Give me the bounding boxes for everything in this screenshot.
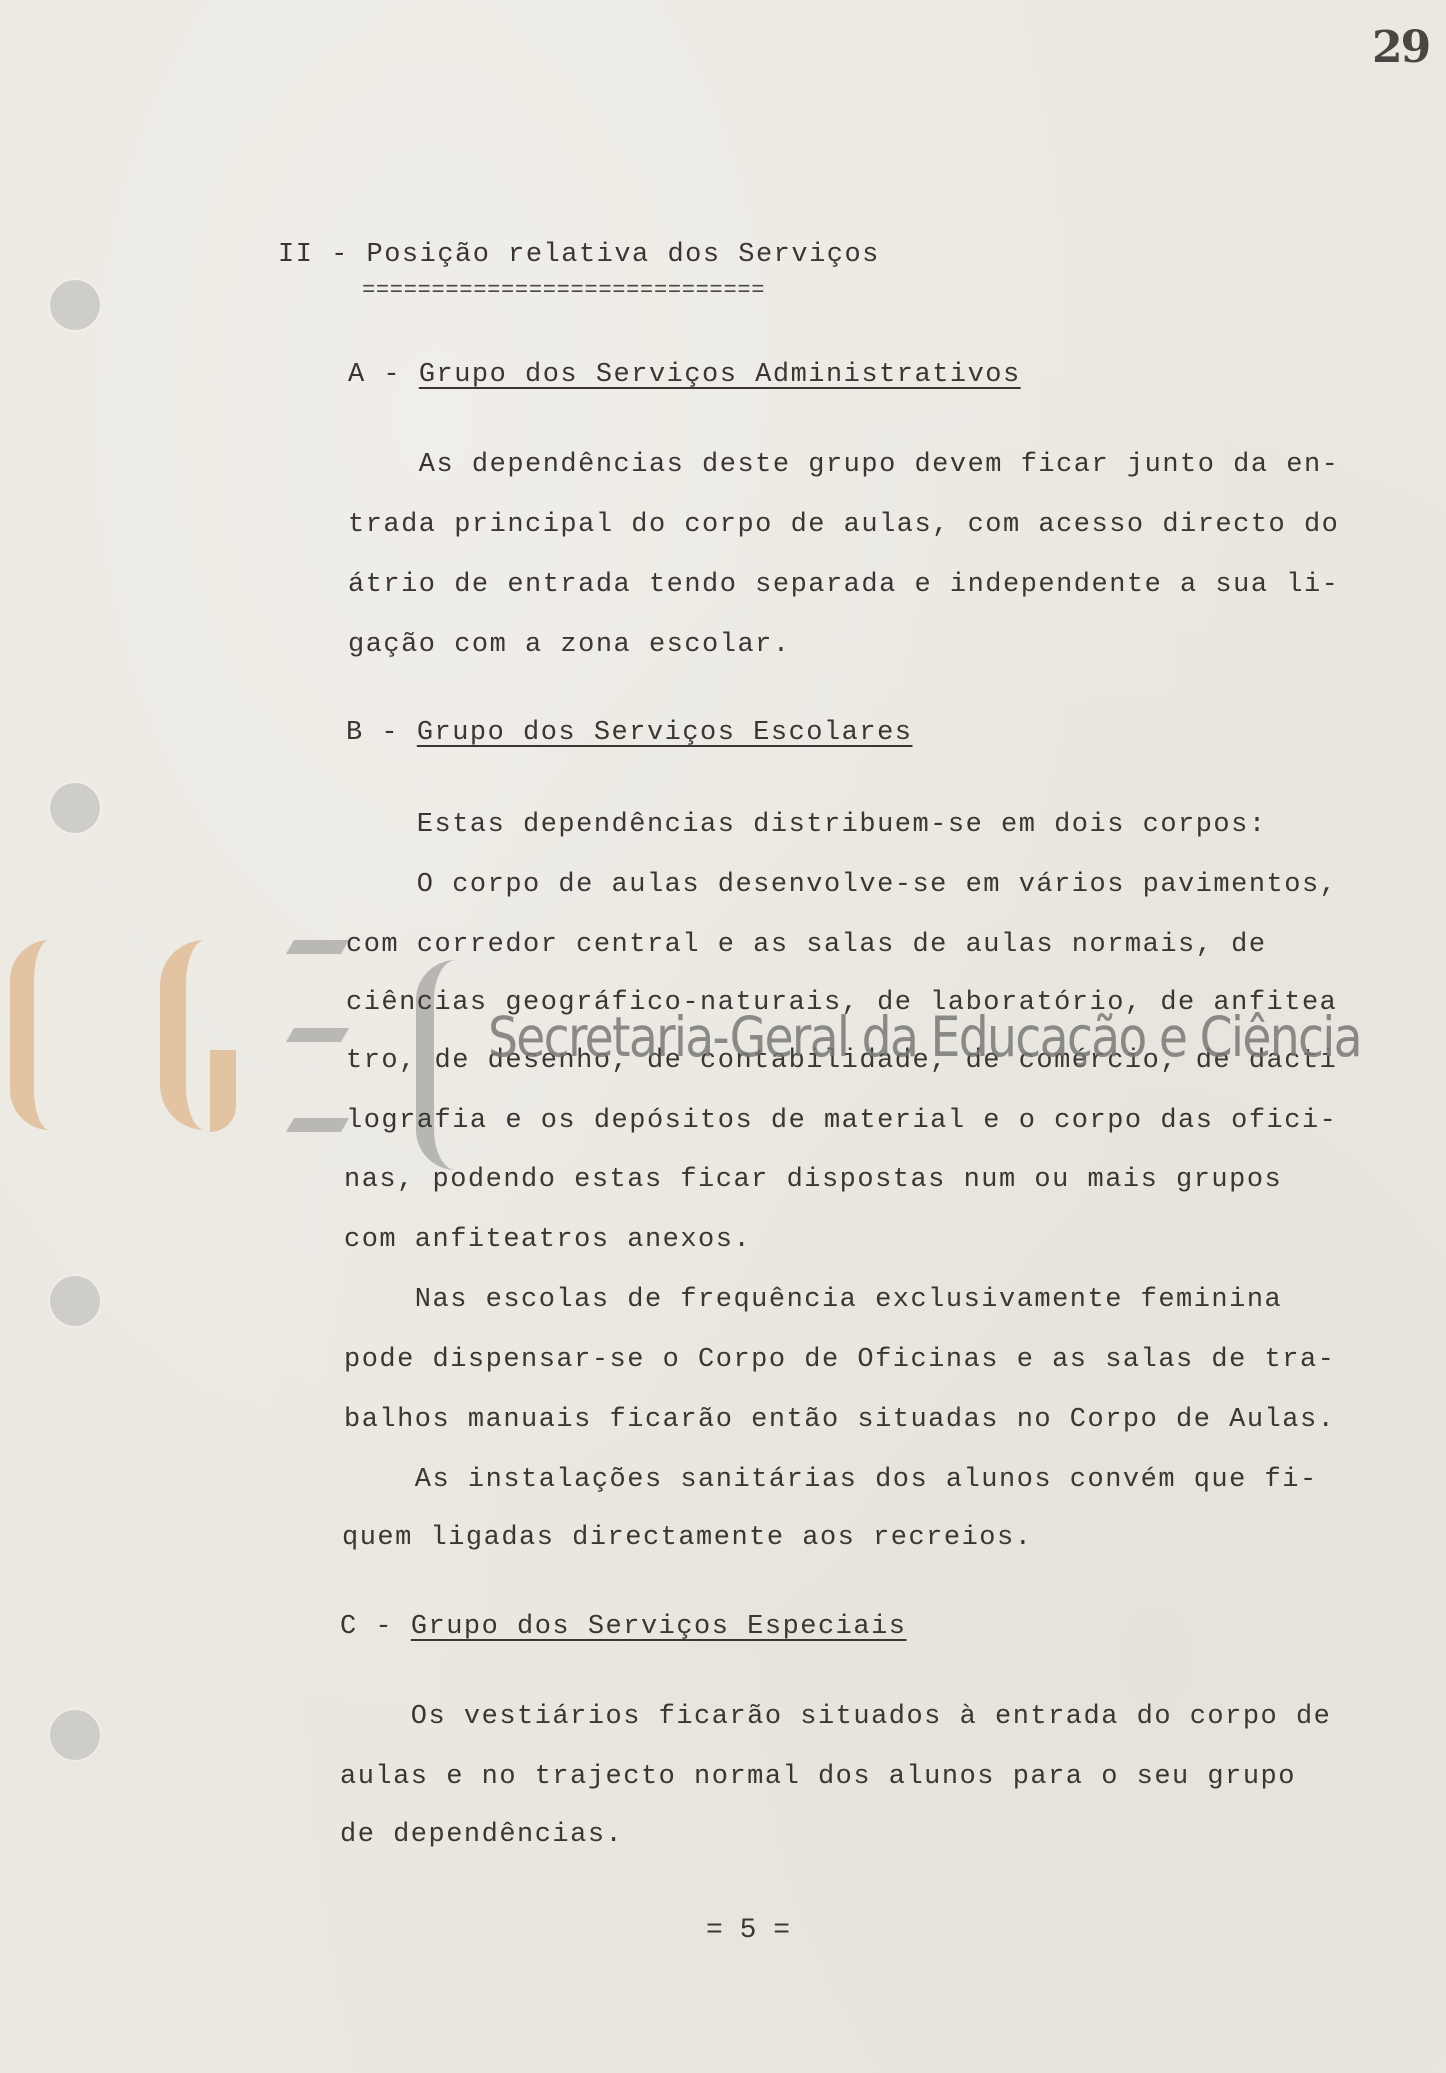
page-stamp-number: 29 (1372, 22, 1429, 73)
document-heading: II - Posição relativa dos Serviços (278, 240, 880, 270)
section-heading-a: A - Grupo dos Serviços Administrativos (348, 360, 1021, 390)
paragraph-line: pode dispensar-se o Corpo de Oficinas e … (344, 1345, 1335, 1375)
watermark-logo-s (10, 940, 64, 1130)
paragraph-line: O corpo de aulas desenvolve-se em vários… (346, 870, 1337, 900)
paragraph-line: quem ligadas directamente aos recreios. (342, 1523, 1032, 1553)
section-title: Grupo dos Serviços Escolares (417, 718, 913, 748)
paragraph-line: de dependências. (340, 1820, 623, 1850)
paragraph-line: átrio de entrada tendo separada e indepe… (348, 570, 1339, 600)
watermark-text: Secretaria-Geral da Educação e Ciência (488, 1005, 1361, 1069)
paragraph-line: aulas e no trajecto normal dos alunos pa… (340, 1762, 1296, 1792)
paragraph-line: As instalações sanitárias dos alunos con… (344, 1465, 1318, 1495)
punch-hole (50, 280, 100, 330)
heading-rule: ============================= (362, 278, 765, 303)
paragraph-line: gação com a zona escolar. (348, 630, 791, 660)
document-page: 29 II - Posição relativa dos Serviços ==… (0, 0, 1446, 2073)
section-title: Grupo dos Serviços Administrativos (419, 360, 1021, 390)
punch-hole (50, 783, 100, 833)
watermark-logo-bar (286, 1028, 349, 1042)
paragraph-line: Nas escolas de frequência exclusivamente… (344, 1285, 1282, 1315)
paragraph-line: trada principal do corpo de aulas, com a… (348, 510, 1339, 540)
punch-hole (50, 1710, 100, 1760)
paragraph-line: balhos manuais ficarão então situadas no… (344, 1405, 1335, 1435)
paragraph-line: Estas dependências distribuem-se em dois… (346, 810, 1267, 840)
watermark-logo-g-tail (210, 1050, 236, 1132)
punch-hole (50, 1276, 100, 1326)
watermark-logo-bar (286, 1118, 349, 1132)
page-number-footer: = 5 = (706, 1915, 790, 1946)
paragraph-line: nas, podendo estas ficar dispostas num o… (344, 1165, 1282, 1195)
paragraph-line: As dependências deste grupo devem ficar … (348, 450, 1339, 480)
paragraph-line: lografia e os depósitos de material e o … (346, 1106, 1337, 1136)
watermark-logo-bar (286, 940, 349, 954)
section-heading-b: B - Grupo dos Serviços Escolares (346, 718, 913, 748)
paragraph-line: com corredor central e as salas de aulas… (346, 930, 1267, 960)
section-heading-c: C - Grupo dos Serviços Especiais (340, 1612, 907, 1642)
section-title: Grupo dos Serviços Especiais (411, 1612, 907, 1642)
watermark-logo-g (160, 940, 256, 1130)
paragraph-line: com anfiteatros anexos. (344, 1225, 751, 1255)
paragraph-line: Os vestiários ficarão situados à entrada… (340, 1702, 1331, 1732)
